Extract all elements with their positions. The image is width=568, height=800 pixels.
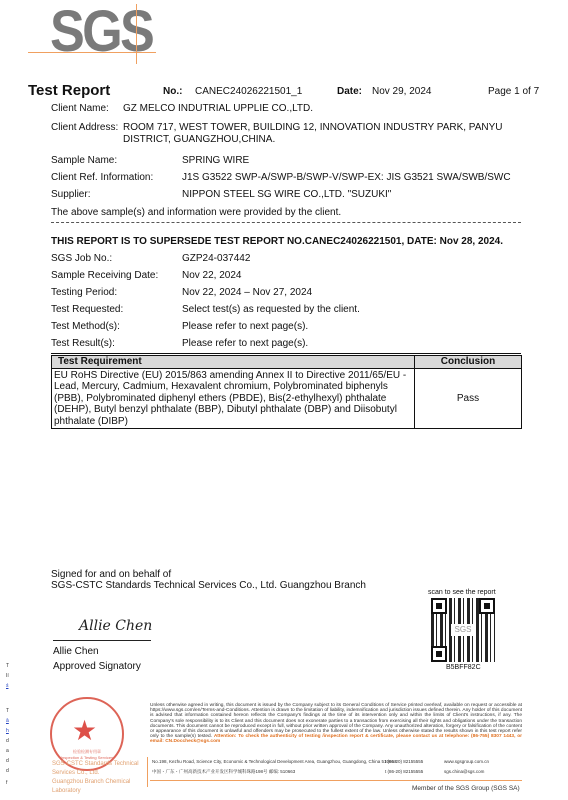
report-date-value: Nov 29, 2024 [372, 86, 432, 97]
stamp-company-line1: SGS-CSTC Standards Technical Services Co… [52, 760, 152, 778]
signatory-name: Allie Chen [53, 646, 99, 658]
phone-2: t (86-20) 82155555 [385, 769, 423, 774]
qr-finder-icon [431, 646, 447, 662]
qr-code[interactable]: SGS [431, 598, 495, 662]
client-address-label: Client Address: [51, 122, 118, 134]
job-info-label: Test Result(s): [51, 338, 115, 350]
side-mark: T [6, 708, 9, 714]
job-info-value: Select test(s) as requested by the clien… [182, 304, 360, 316]
conclusion-cell: Pass [415, 368, 522, 429]
website-link[interactable]: www.sgsgroup.com.cn [444, 759, 489, 764]
sample-note: The above sample(s) and information were… [51, 207, 341, 219]
stamp-company-name: SGS-CSTC Standards Technical Services Co… [52, 760, 152, 796]
footer-disclaimer: Unless otherwise agreed in writing, this… [150, 703, 522, 745]
side-mark: h [6, 728, 9, 734]
requirement-cell: EU RoHS Directive (EU) 2015/863 amending… [52, 368, 415, 429]
sample-name-value: SPRING WIRE [182, 155, 249, 167]
qr-verification-code: B5BFF82C [446, 664, 481, 671]
qr-caption: scan to see the report [428, 589, 496, 596]
report-no-label: No.: [163, 86, 182, 97]
email-link[interactable]: sgs.china@sgs.com [444, 769, 484, 774]
supersede-notice: THIS REPORT IS TO SUPERSEDE TEST REPORT … [51, 236, 503, 247]
side-mark: f [6, 780, 7, 786]
report-no-value: CANEC24026221501_1 [195, 86, 302, 97]
test-requirement-table: Test Requirement Conclusion EU RoHS Dire… [51, 355, 522, 429]
logo-vertical-rule [136, 4, 137, 64]
signatory-role: Approved Signatory [53, 661, 141, 673]
supplier-value: NIPPON STEEL SG WIRE CO.,LTD. "SUZUKI" [182, 189, 391, 201]
signing-company: SGS-CSTC Standards Technical Services Co… [51, 580, 366, 592]
client-ref-value: J1S G3522 SWP-A/SWP-B/SWP-V/SWP-EX: JIS … [182, 172, 511, 184]
supplier-label: Supplier: [51, 189, 90, 201]
client-ref-label: Client Ref. Information: [51, 172, 153, 184]
job-info-label: SGS Job No.: [51, 253, 112, 265]
qr-center-logo: SGS [451, 624, 475, 636]
page-indicator: Page 1 of 7 [488, 86, 539, 97]
report-title: Test Report [28, 82, 110, 99]
side-mark: d [6, 758, 9, 764]
client-address-line1: ROOM 717, WEST TOWER, BUILDING 12, INNOV… [123, 122, 503, 134]
job-info-label: Test Requested: [51, 304, 123, 316]
sample-name-label: Sample Name: [51, 155, 117, 167]
signature-line [53, 640, 151, 641]
qr-finder-icon [431, 598, 447, 614]
client-name-label: Client Name: [51, 103, 109, 115]
side-mark: ā [6, 718, 9, 724]
report-date-label: Date: [337, 86, 362, 97]
client-address-line2: DISTRICT, GUANGZHOU,CHINA. [123, 134, 275, 146]
address-cn: 中国・广东・广州高新技术产业开发区科学城科珠路198号 邮编: 510663 [152, 769, 295, 775]
star-icon: ★ [72, 714, 97, 747]
sgs-logo: SGS [50, 2, 150, 56]
side-mark: T [6, 663, 9, 669]
handwritten-signature: Allie Chen [79, 618, 152, 634]
phone-1: t (86-20) 82155555 [385, 759, 423, 764]
qr-finder-icon [479, 598, 495, 614]
job-info-label: Test Method(s): [51, 321, 120, 333]
side-mark: d [6, 738, 9, 744]
side-mark: Ií [6, 673, 9, 679]
side-mark: d [6, 768, 9, 774]
table-row: EU RoHS Directive (EU) 2015/863 amending… [52, 368, 522, 429]
sgs-member-line: Member of the SGS Group (SGS SA) [412, 785, 520, 792]
header-conclusion: Conclusion [415, 356, 522, 369]
job-info-value: Nov 22, 2024 [182, 270, 242, 282]
footer-rule [150, 780, 522, 781]
side-mark: a [6, 748, 9, 754]
header-test-requirement: Test Requirement [52, 356, 415, 369]
job-info-value: Please refer to next page(s). [182, 321, 308, 333]
address-divider [147, 757, 148, 787]
job-info-label: Sample Receiving Date: [51, 270, 158, 282]
table-top-rule [51, 353, 521, 354]
job-info-value: GZP24-037442 [182, 253, 250, 265]
job-info-label: Testing Period: [51, 287, 117, 299]
dashed-separator [51, 222, 521, 223]
client-name-value: GZ MELCO INDUTRIAL UPPLIE CO.,LTD. [123, 103, 313, 115]
address-en: No.198, Kezhu Road, Science City, Econom… [152, 759, 397, 764]
stamp-company-line2: Guangzhou Branch Chemical Laboratory [52, 778, 152, 796]
job-info-value: Nov 22, 2024 – Nov 27, 2024 [182, 287, 312, 299]
side-mark: ś [6, 683, 9, 689]
job-info-value: Please refer to next page(s). [182, 338, 308, 350]
